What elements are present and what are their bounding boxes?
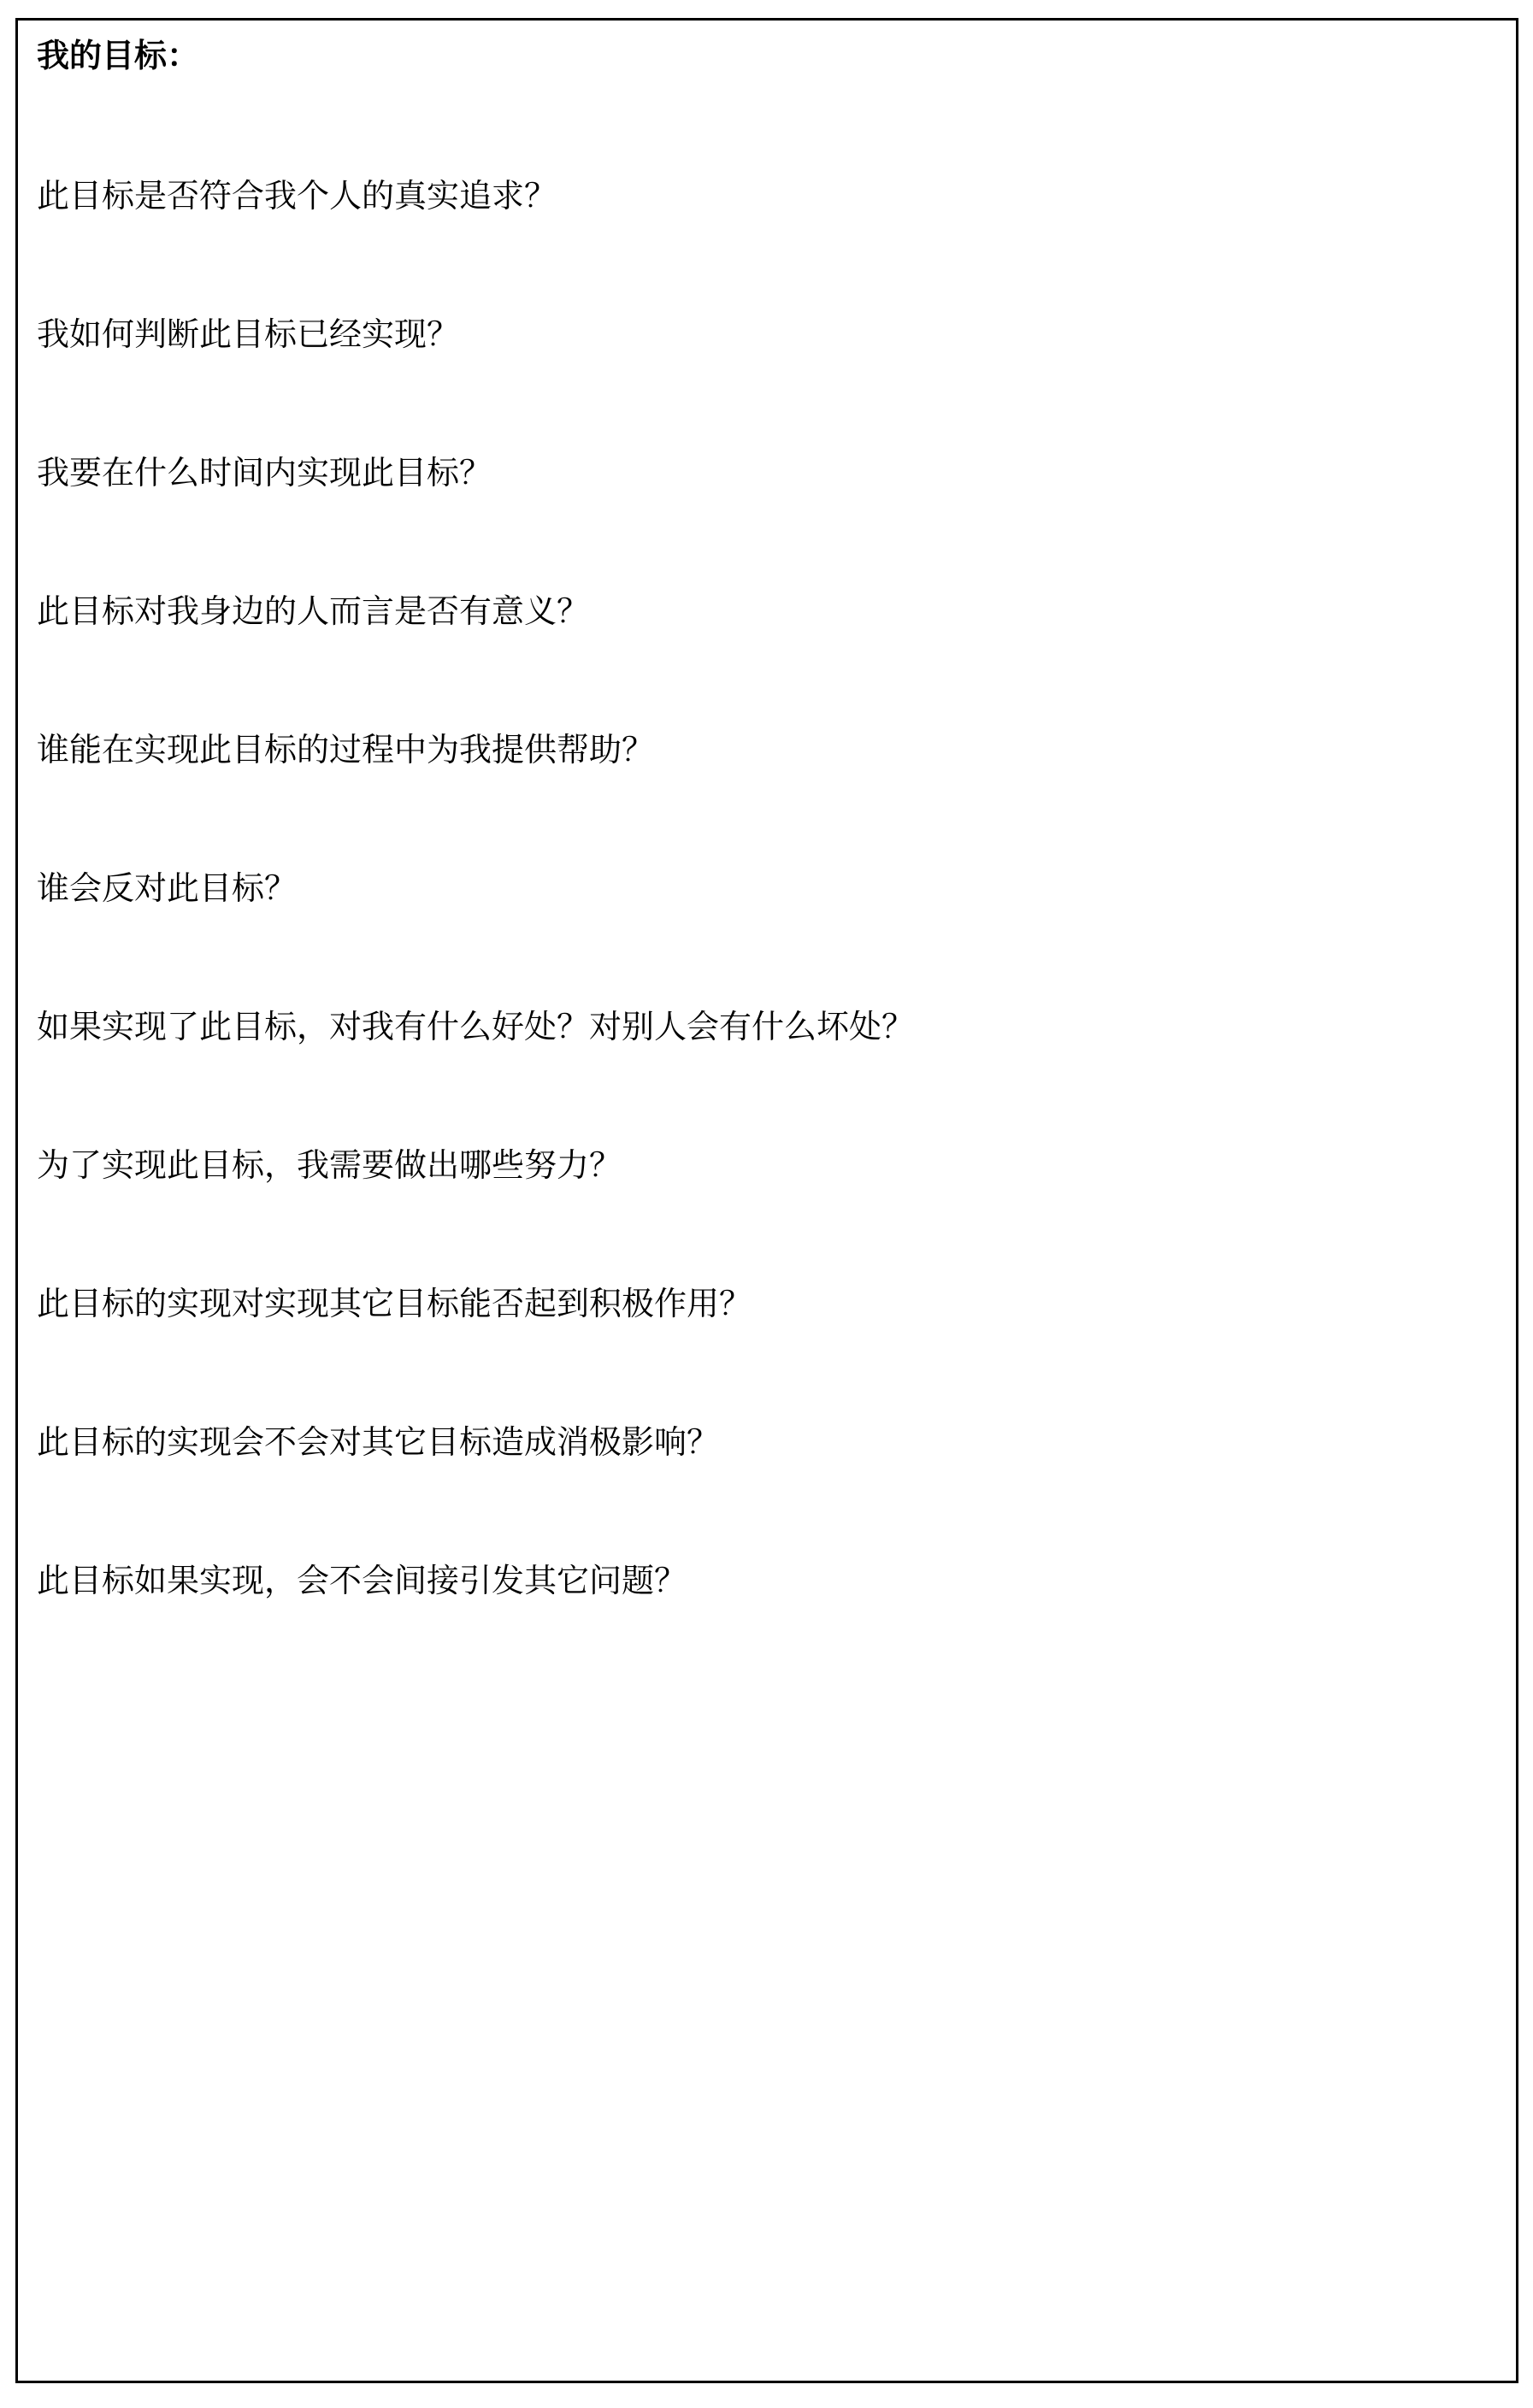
answer-area-4[interactable] (37, 634, 1497, 720)
answer-area-1[interactable] (37, 219, 1497, 304)
question-9: 此目标的实现对实现其它目标能否起到积极作用？ (37, 1283, 752, 1324)
answer-area-5[interactable] (37, 773, 1497, 858)
goal-worksheet-box: 我的目标： 此目标是否符合我个人的真实追求？ 我如何判断此目标已经实现？ 我要在… (15, 18, 1518, 2383)
question-2: 我如何判断此目标已经实现？ (37, 314, 459, 355)
answer-area-2[interactable] (37, 357, 1497, 443)
question-8: 为了实现此目标，我需要做出哪些努力？ (37, 1145, 622, 1186)
question-10: 此目标的实现会不会对其它目标造成消极影响？ (37, 1422, 719, 1463)
question-6: 谁会反对此目标？ (37, 868, 297, 909)
goal-answer-area[interactable] (37, 80, 1497, 166)
question-1: 此目标是否符合我个人的真实追求？ (37, 175, 557, 216)
answer-area-6[interactable] (37, 911, 1497, 997)
question-3: 我要在什么时间内实现此目标？ (37, 452, 492, 493)
answer-area-7[interactable] (37, 1050, 1497, 1135)
answer-area-10[interactable] (37, 1465, 1497, 1551)
question-5: 谁能在实现此目标的过程中为我提供帮助？ (37, 729, 654, 770)
answer-area-11[interactable] (37, 1604, 1497, 2356)
answer-area-9[interactable] (37, 1327, 1497, 1412)
question-11: 此目标如果实现，会不会间接引发其它问题？ (37, 1560, 687, 1601)
question-7: 如果实现了此目标，对我有什么好处？对别人会有什么坏处？ (37, 1006, 914, 1047)
goal-heading: 我的目标： (37, 35, 199, 76)
answer-area-3[interactable] (37, 496, 1497, 581)
answer-area-8[interactable] (37, 1188, 1497, 1274)
question-4: 此目标对我身边的人而言是否有意义？ (37, 591, 589, 632)
document-title-cropped (0, 0, 1533, 12)
